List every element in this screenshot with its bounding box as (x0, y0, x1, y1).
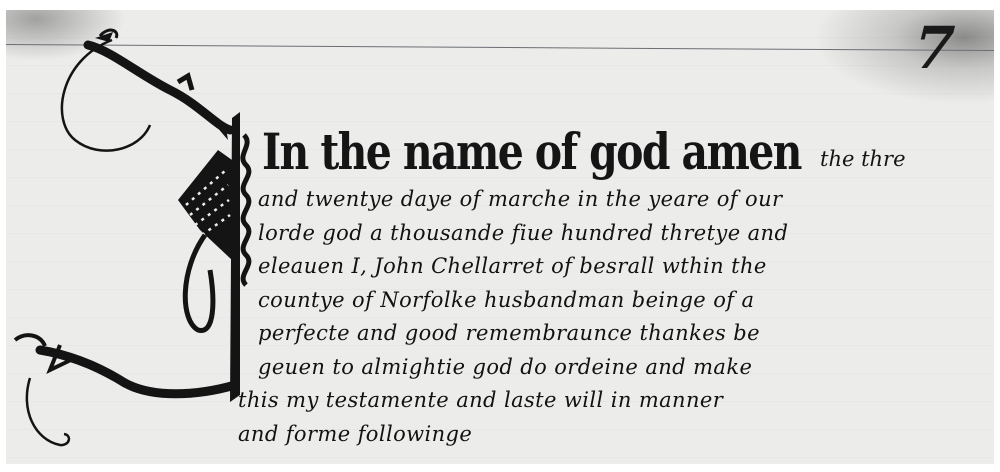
manuscript-text-body: and twentye daye of marche in the yeare … (238, 183, 978, 451)
text-line: perfecte and good remembraunce thankes b… (238, 317, 978, 351)
text-line: geuen to almightie god do ordeine and ma… (238, 351, 978, 385)
heading-invocation: In the name of god amen (262, 122, 801, 181)
text-line: and forme followinge (238, 418, 978, 452)
page-number: 7 (905, 14, 962, 82)
text-line: and twentye daye of marche in the yeare … (238, 183, 978, 217)
heading-continuation: the thre (820, 147, 906, 171)
text-line: countye of Norfolke husbandman beinge of… (238, 284, 978, 318)
text-line: eleauen I, John Chellarret of besrall wt… (238, 250, 978, 284)
text-line: lorde god a thousande fiue hundred thret… (238, 217, 978, 251)
text-line: this my testamente and laste will in man… (238, 384, 978, 418)
